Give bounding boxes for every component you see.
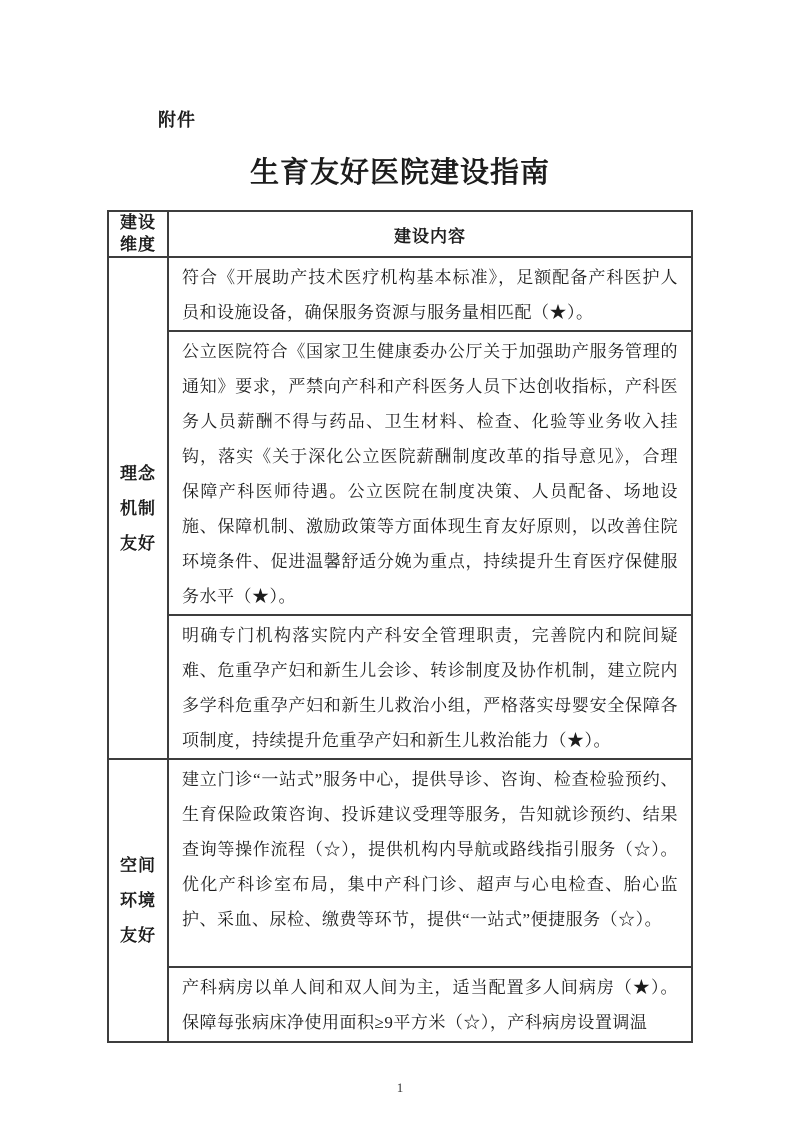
attachment-label: 附件	[158, 106, 196, 132]
column-header-dimension: 建设维度	[108, 211, 168, 257]
table-row: 空间环境友好 建立门诊“一站式”服务中心，提供导诊、咨询、检查检验预约、生育保险…	[108, 759, 692, 967]
table-row: 明确专门机构落实院内产科安全管理职责，完善院内和院间疑难、危重孕产妇和新生儿会诊…	[108, 615, 692, 759]
page-title: 生育友好医院建设指南	[0, 150, 800, 191]
table-row: 产科病房以单人间和双人间为主，适当配置多人间病房（★）。保障每张病床净使用面积≥…	[108, 967, 692, 1042]
dimension-cell-space-environment: 空间环境友好	[108, 759, 168, 1042]
column-header-content: 建设内容	[168, 211, 692, 257]
content-cell: 符合《开展助产技术医疗机构基本标准》，足额配备产科医护人员和设施设备，确保服务资…	[168, 257, 692, 331]
content-cell: 产科病房以单人间和双人间为主，适当配置多人间病房（★）。保障每张病床净使用面积≥…	[168, 967, 692, 1042]
table-row: 公立医院符合《国家卫生健康委办公厅关于加强助产服务管理的通知》要求，严禁向产科和…	[108, 331, 692, 615]
guide-table: 建设维度 建设内容 理念机制友好 符合《开展助产技术医疗机构基本标准》，足额配备…	[107, 210, 693, 1043]
table-row: 理念机制友好 符合《开展助产技术医疗机构基本标准》，足额配备产科医护人员和设施设…	[108, 257, 692, 331]
dimension-cell-concept-mechanism: 理念机制友好	[108, 257, 168, 759]
table-header-row: 建设维度 建设内容	[108, 211, 692, 257]
content-cell: 建立门诊“一站式”服务中心，提供导诊、咨询、检查检验预约、生育保险政策咨询、投诉…	[168, 759, 692, 967]
page-number: 1	[0, 1080, 800, 1096]
content-cell: 明确专门机构落实院内产科安全管理职责，完善院内和院间疑难、危重孕产妇和新生儿会诊…	[168, 615, 692, 759]
content-cell: 公立医院符合《国家卫生健康委办公厅关于加强助产服务管理的通知》要求，严禁向产科和…	[168, 331, 692, 615]
